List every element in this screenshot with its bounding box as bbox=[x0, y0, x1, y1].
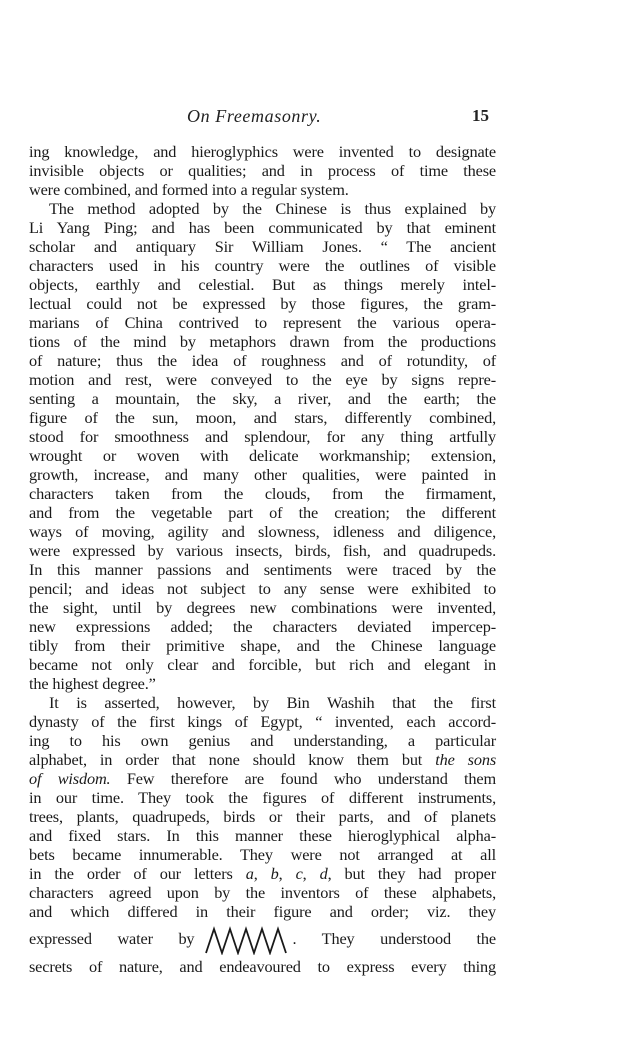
text-line: senting a mountain, the sky, a river, an… bbox=[29, 389, 496, 408]
text-line: lectual could not be expressed by those … bbox=[29, 294, 496, 313]
text-line: wrought or woven with delicate workmansh… bbox=[29, 446, 496, 465]
text-span: in the order of our letters bbox=[29, 864, 246, 883]
body-text: ing knowledge, and hieroglyphics were in… bbox=[29, 142, 496, 976]
running-title: On Freemasonry. bbox=[187, 106, 321, 127]
italic-letter: a bbox=[246, 864, 254, 883]
text-line: objects, earthly and celestial. But as t… bbox=[29, 275, 496, 294]
text-line: and which differed in their figure and o… bbox=[29, 902, 496, 921]
text-line: were combined, and formed into a regular… bbox=[29, 180, 496, 199]
text-line: characters used in his country were the … bbox=[29, 256, 496, 275]
text-line: ways of moving, agility and slowness, id… bbox=[29, 522, 496, 541]
text-span: alphabet, in order that none should know… bbox=[29, 750, 435, 769]
text-line: tions of the mind by metaphors drawn fro… bbox=[29, 332, 496, 351]
water-zigzag-icon bbox=[204, 925, 288, 955]
text-span: . They understood the bbox=[292, 929, 496, 948]
text-line: pencil; and ideas not subject to any sen… bbox=[29, 579, 496, 598]
text-line: trees, plants, quadrupeds, birds or thei… bbox=[29, 807, 496, 826]
text-line: alphabet, in order that none should know… bbox=[29, 750, 496, 769]
text-line: and from the vegetable part of the creat… bbox=[29, 503, 496, 522]
text-line: became not only clear and forcible, but … bbox=[29, 655, 496, 674]
text-line: new expressions added; the characters de… bbox=[29, 617, 496, 636]
text-span: expressed water by bbox=[29, 929, 194, 948]
italic-emphasis: the sons bbox=[435, 750, 496, 769]
text-line: stood for smoothness and splendour, for … bbox=[29, 427, 496, 446]
italic-letter: b bbox=[271, 864, 279, 883]
text-span: , but they had proper bbox=[328, 864, 496, 883]
text-line: of nature; thus the idea of roughness an… bbox=[29, 351, 496, 370]
paragraph-start-line: It is asserted, however, by Bin Washih t… bbox=[29, 693, 496, 712]
text-line: in the order of our letters a, b, c, d, … bbox=[29, 864, 496, 883]
text-line: secrets of nature, and endeavoured to ex… bbox=[29, 957, 496, 976]
text-line: dynasty of the first kings of Egypt, “ i… bbox=[29, 712, 496, 731]
text-line: In this manner passions and sentiments w… bbox=[29, 560, 496, 579]
italic-emphasis: of wisdom. bbox=[29, 769, 110, 788]
text-line: motion and rest, were conveyed to the ey… bbox=[29, 370, 496, 389]
text-line: invisible objects or qualities; and in p… bbox=[29, 161, 496, 180]
text-line: tibly from their primitive shape, and th… bbox=[29, 636, 496, 655]
text-line: characters agreed upon by the inventors … bbox=[29, 883, 496, 902]
text-line: scholar and antiquary Sir William Jones.… bbox=[29, 237, 496, 256]
page-number: 15 bbox=[472, 106, 489, 126]
text-line: ing knowledge, and hieroglyphics were in… bbox=[29, 142, 496, 161]
text-line: of wisdom. Few therefore are found who u… bbox=[29, 769, 496, 788]
text-line: ing to his own genius and understanding,… bbox=[29, 731, 496, 750]
text-line: growth, increase, and many other qualiti… bbox=[29, 465, 496, 484]
text-line: bets became innumerable. They were not a… bbox=[29, 845, 496, 864]
running-head: On Freemasonry. 15 bbox=[29, 106, 495, 128]
text-span: Few therefore are found who understand t… bbox=[110, 769, 496, 788]
text-line: and fixed stars. In this manner these hi… bbox=[29, 826, 496, 845]
book-page: On Freemasonry. 15 ing knowledge, and hi… bbox=[0, 0, 631, 1060]
paragraph-start-line: The method adopted by the Chinese is thu… bbox=[29, 199, 496, 218]
text-line: the sight, until by degrees new combinat… bbox=[29, 598, 496, 617]
text-line: in our time. They took the figures of di… bbox=[29, 788, 496, 807]
text-line: marians of China contrived to represent … bbox=[29, 313, 496, 332]
text-line: figure of the sun, moon, and stars, diff… bbox=[29, 408, 496, 427]
italic-letter: d bbox=[320, 864, 328, 883]
text-line: Li Yang Ping; and has been communicated … bbox=[29, 218, 496, 237]
text-line: characters taken from the clouds, from t… bbox=[29, 484, 496, 503]
italic-letter: c bbox=[296, 864, 303, 883]
text-line: the highest degree.” bbox=[29, 674, 496, 693]
text-line-with-glyph: expressed water by. They understood the bbox=[29, 921, 496, 957]
text-line: were expressed by various insects, birds… bbox=[29, 541, 496, 560]
